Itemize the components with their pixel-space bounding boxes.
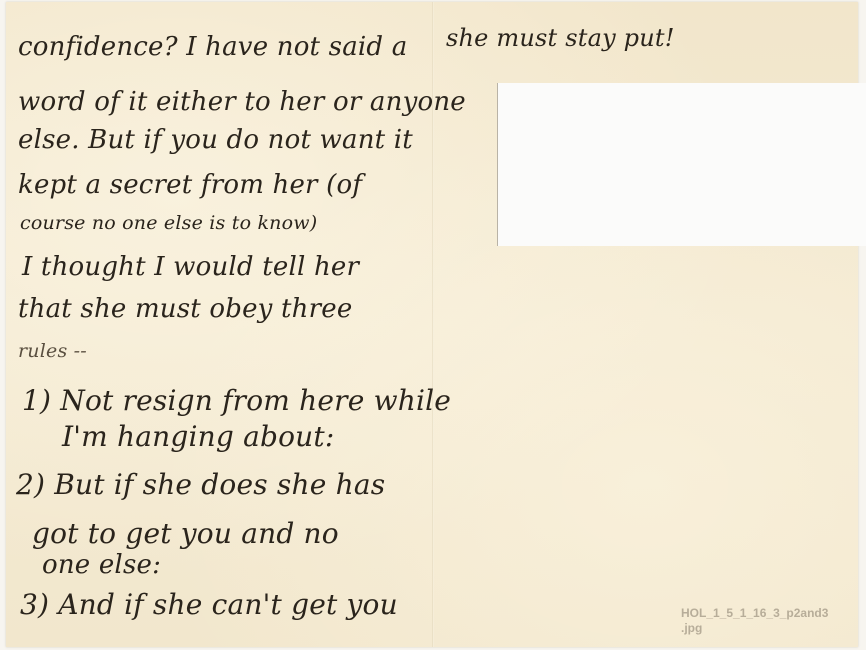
file-label-ext: .jpg (681, 621, 841, 636)
text-line: rules -- (18, 340, 87, 362)
rule-2-line: 2) But if she does she has (16, 468, 385, 501)
text-line: word of it either to her or anyone (18, 87, 466, 117)
paper-cutout (497, 83, 866, 246)
text-line: course no one else is to know) (20, 212, 317, 234)
text-line: I thought I would tell her (22, 252, 359, 282)
text-line: she must stay put! (446, 24, 675, 52)
rule-1-line: 1) Not resign from here while (22, 384, 451, 417)
rule-1-continuation: I'm hanging about: (62, 420, 335, 453)
rule-2-continuation: one else: (42, 550, 161, 580)
text-line: kept a secret from her (of (18, 170, 362, 200)
text-line: confidence? I have not said a (18, 32, 407, 62)
text-line: that she must obey three (18, 294, 352, 324)
rule-2-continuation: got to get you and no (32, 517, 339, 550)
rule-3-line: 3) And if she can't get you (20, 588, 398, 621)
file-label: HOL_1_5_1_16_3_p2and3 .jpg (681, 606, 841, 636)
text-line: else. But if you do not want it (18, 125, 413, 155)
file-label-name: HOL_1_5_1_16_3_p2and3 (681, 606, 841, 621)
